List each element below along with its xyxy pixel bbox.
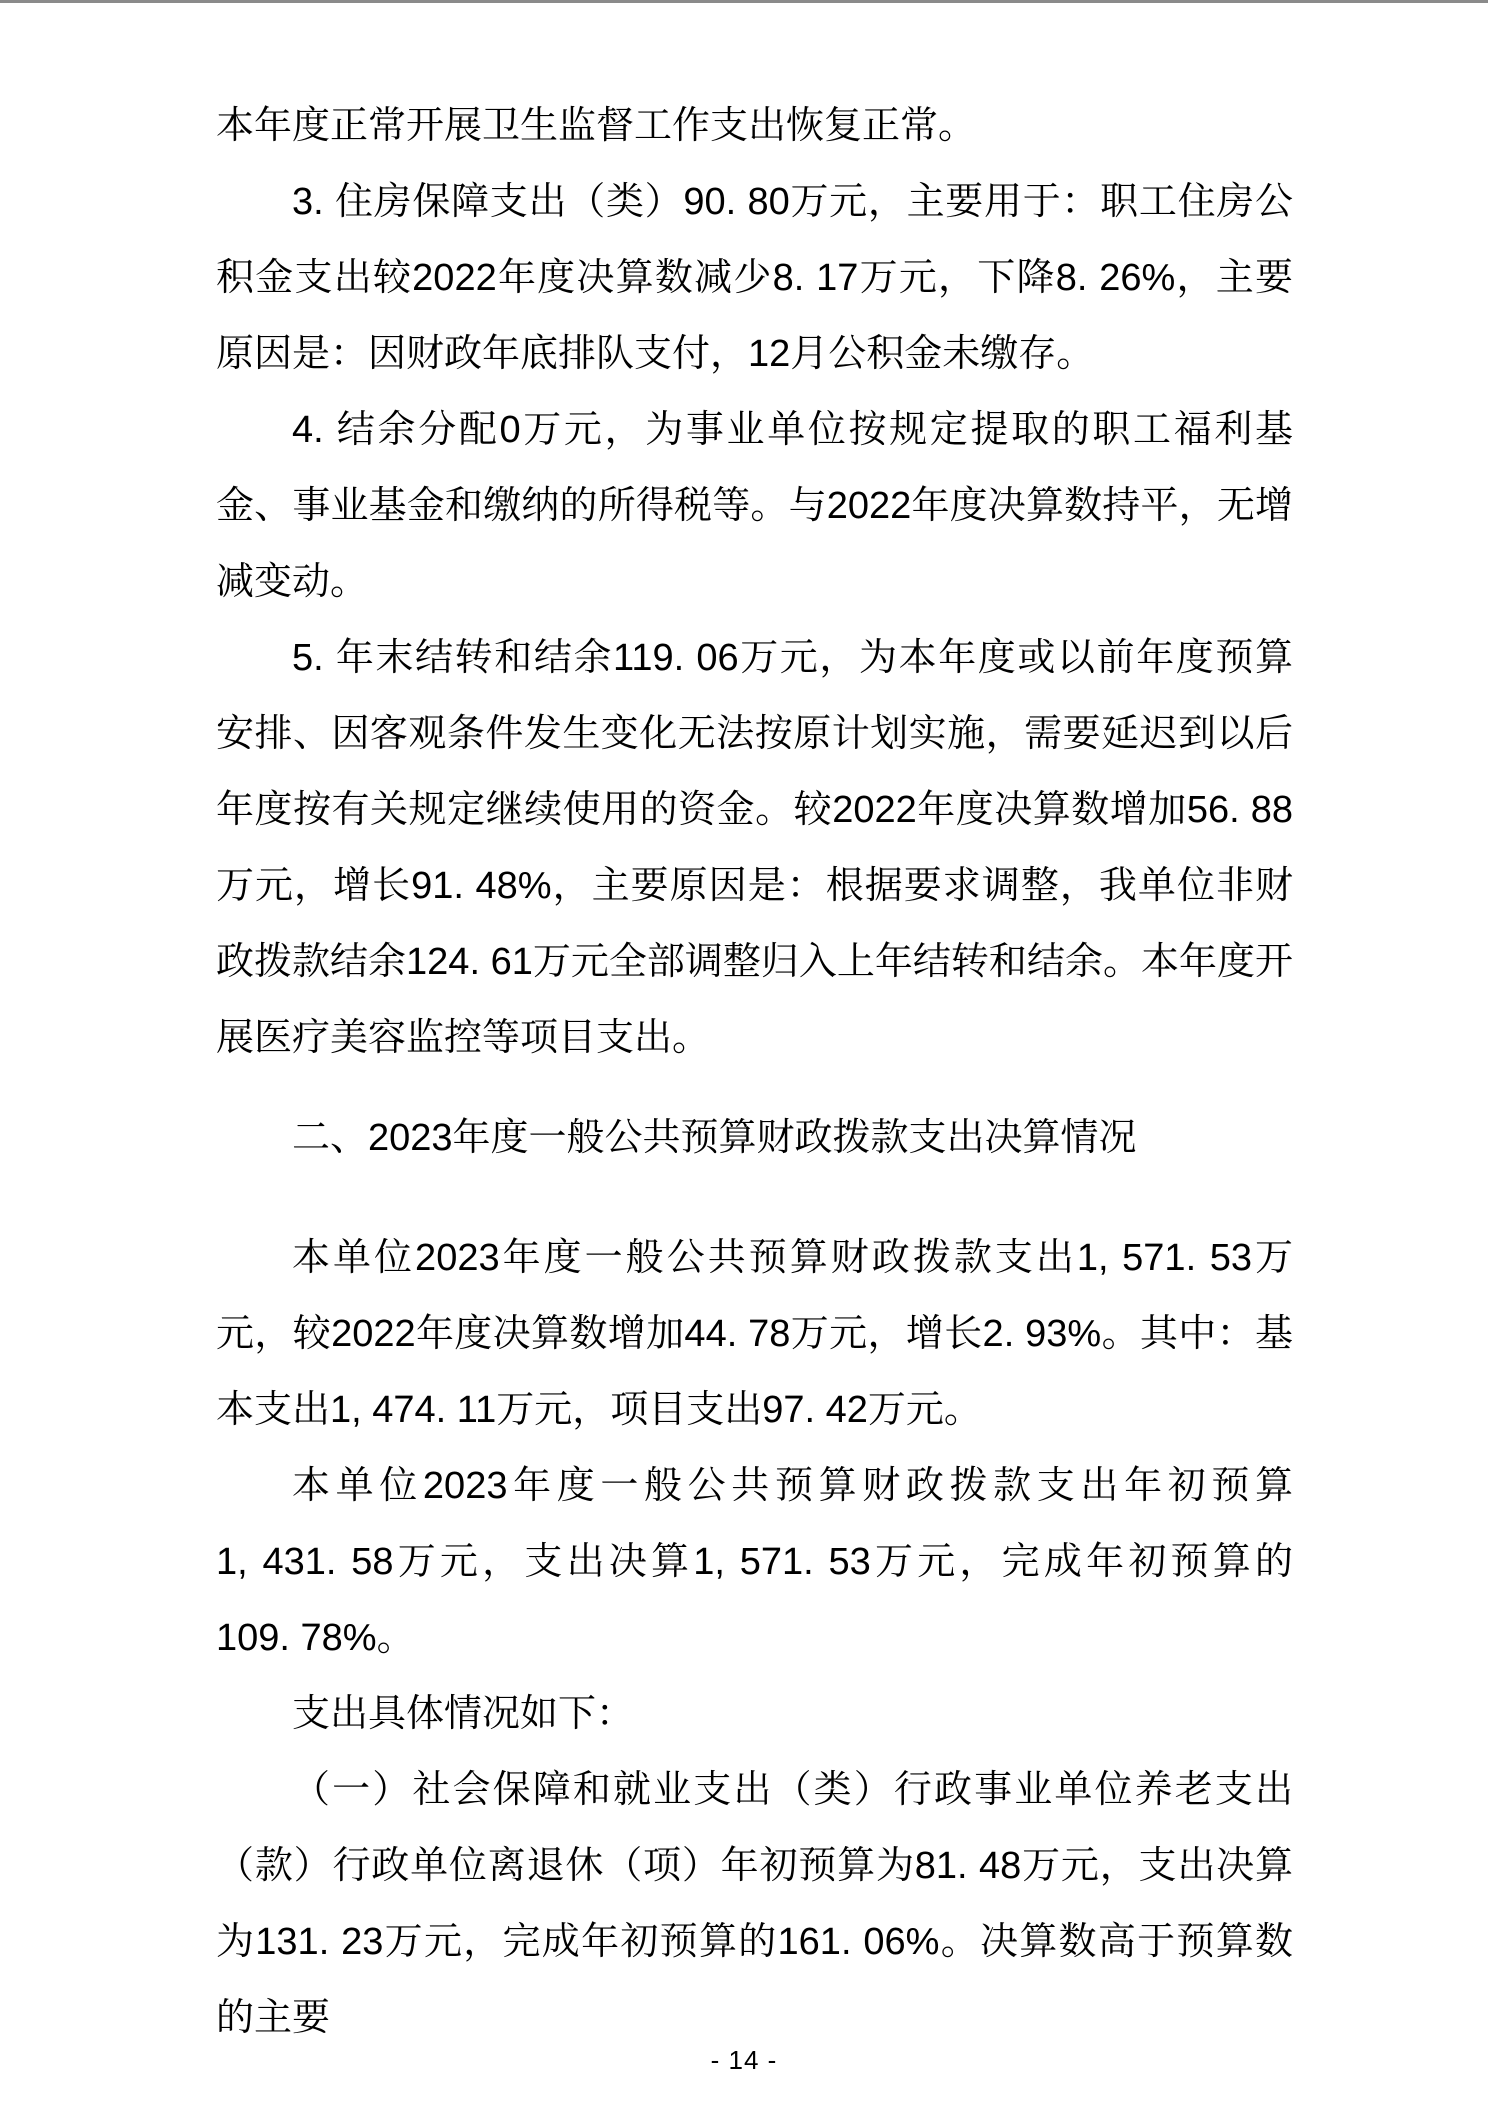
- section-heading-general-public-budget: 二、2023年度一般公共预算财政拨款支出决算情况: [216, 1100, 1293, 1176]
- page-number: - 14 -: [0, 2045, 1488, 2076]
- paragraph-surplus-distribution: 4. 结余分配0万元，为事业单位按规定提取的职工福利基金、事业基金和缴纳的所得税…: [216, 392, 1293, 620]
- paragraph-yearend-carryover-balance: 5. 年末结转和结余119. 06万元，为本年度或以前年度预算安排、因客观条件发…: [216, 620, 1293, 1076]
- document-page: 本年度正常开展卫生监督工作支出恢复正常。 3. 住房保障支出（类）90. 80万…: [0, 0, 1488, 2104]
- document-body: 本年度正常开展卫生监督工作支出恢复正常。 3. 住房保障支出（类）90. 80万…: [216, 88, 1293, 2056]
- paragraph-continuation-health-supervision: 本年度正常开展卫生监督工作支出恢复正常。: [216, 88, 1293, 164]
- paragraph-social-security-employment: （一）社会保障和就业支出（类）行政事业单位养老支出（款）行政单位离退休（项）年初…: [216, 1752, 1293, 2056]
- paragraph-budget-expenditure-total: 本单位2023年度一般公共预算财政拨款支出1, 571. 53万元，较2022年…: [216, 1220, 1293, 1448]
- paragraph-expenditure-details-intro: 支出具体情况如下：: [216, 1676, 1293, 1752]
- paragraph-initial-budget-completion: 本单位2023年度一般公共预算财政拨款支出年初预算1, 431. 58万元，支出…: [216, 1448, 1293, 1676]
- paragraph-housing-security-expenditure: 3. 住房保障支出（类）90. 80万元，主要用于：职工住房公积金支出较2022…: [216, 164, 1293, 392]
